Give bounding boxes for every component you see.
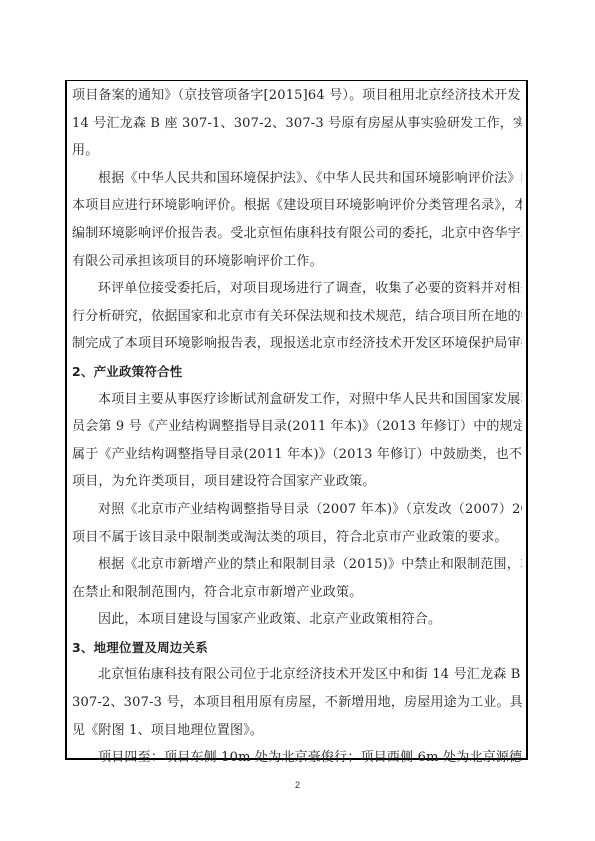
text-line: 14 号汇龙森 B 座 307-1、307-2、307-3 号原有房屋从事实验研…: [72, 110, 522, 138]
text-line: 编制环境影响评价报告表。受北京恒佑康科技有限公司的委托，北京中咨华宇环保技术: [72, 220, 522, 248]
text-line: 在禁止和限制范围内，符合北京市新增产业政策。: [72, 579, 522, 607]
paragraph-start: 项目四至：项目东侧 10m 处为北京豪俊行；项目西侧 6m 处为北京源德生物医学…: [72, 744, 522, 772]
text-line: 307-2、307-3 号，本项目租用原有房屋，不新增用地，房屋用途为工业。具体…: [72, 689, 522, 717]
paragraph-start: 本项目主要从事医疗诊断试剂盒研发工作，对照中华人民共和国国家发展和改革委: [72, 386, 522, 414]
paragraph-start: 北京恒佑康科技有限公司位于北京经济技术开发区中和街 14 号汇龙森 B 座 30…: [72, 661, 522, 689]
text-line: 项目备案的通知》（京技管项备字[2015]64 号）。项目租用北京经济技术开发区…: [72, 82, 522, 110]
text-line: 员会第 9 号《产业结构调整指导目录(2011 年本)》（2013 年修订）中的…: [72, 413, 522, 441]
section-heading-location: 3、地理位置及周边关系: [72, 634, 522, 662]
section-heading-industrial-policy: 2、产业政策符合性: [72, 358, 522, 386]
text-line: 本项目应进行环境影响评价。根据《建设项目环境影响评价分类管理名录》，本项目需: [72, 192, 522, 220]
text-line: 有限公司承担该项目的环境影响评价工作。: [72, 248, 522, 276]
paragraph-start: 对照《北京市产业结构调整指导目录（2007 年本)》（京发改（2007）2039…: [72, 496, 522, 524]
paragraph-start: 因此，本项目建设与国家产业政策、北京产业政策相符合。: [72, 606, 522, 634]
document-frame: 项目备案的通知》（京技管项备字[2015]64 号）。项目租用北京经济技术开发区…: [65, 80, 528, 760]
page-number: 2: [0, 780, 595, 790]
paragraph-start: 根据《北京市新增产业的禁止和限制目录（2015)》中禁止和限制范围，本项目不: [72, 551, 522, 579]
text-line: 见《附图 1、项目地理位置图》。: [72, 717, 522, 745]
text-line: 制完成了本项目环境影响报告表，现报送北京市经济技术开发区环境保护局审批。: [72, 330, 522, 358]
paragraph-start: 环评单位接受委托后，对项目现场进行了调查，收集了必要的资料并对相关资料进: [72, 275, 522, 303]
paragraph-start: 根据《中华人民共和国环境保护法》、《中华人民共和国环境影响评价法》的规定，: [72, 165, 522, 193]
text-line: 项目不属于该目录中限制类或淘汰类的项目，符合北京市产业政策的要求。: [72, 524, 522, 552]
text-line: 项目，为允许类项目，项目建设符合国家产业政策。: [72, 468, 522, 496]
text-line: 行分析研究，依据国家和北京市有关环保法规和技术规范，结合项目所在地的特点，编: [72, 303, 522, 331]
text-line: 属于《产业结构调整指导目录(2011 年本)》（2013 年修订）中鼓励类，也不…: [72, 441, 522, 469]
text-line: 用。: [72, 137, 522, 165]
